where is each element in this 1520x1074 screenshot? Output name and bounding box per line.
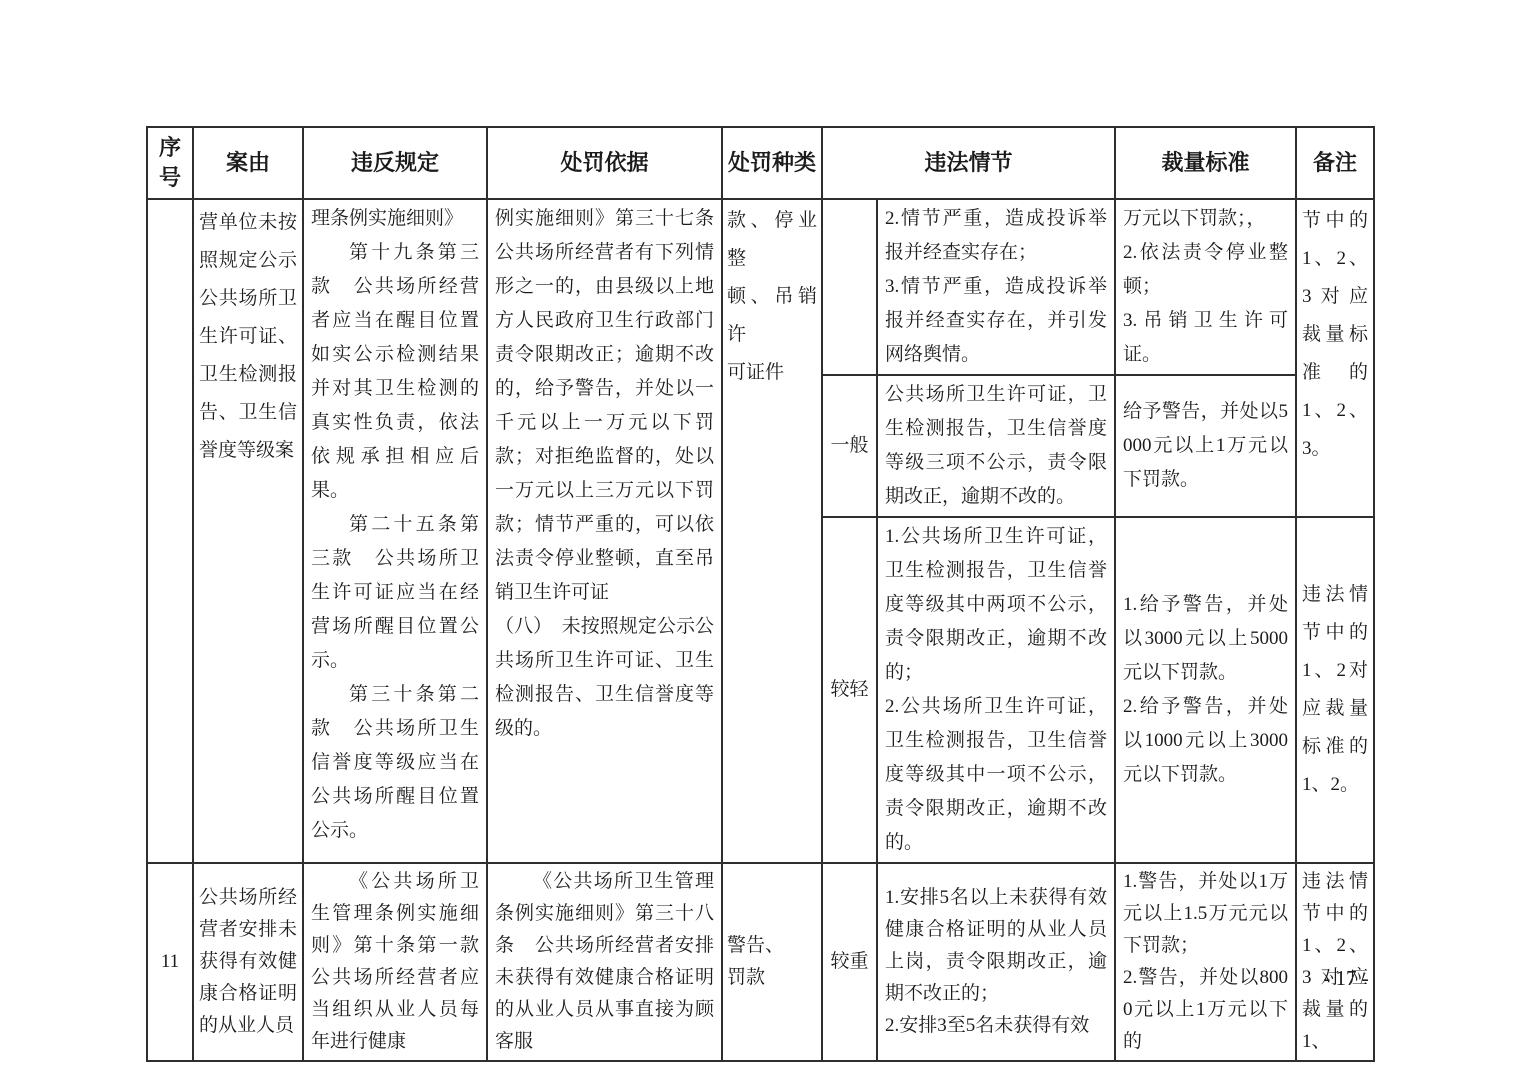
violation-paragraph: 理条例实施细则》 bbox=[311, 202, 479, 236]
basis-paragraph: 《公共场所卫生管理条例实施细则》第三十八条 公共场所经营者安排未获得有效健康合格… bbox=[495, 866, 714, 1058]
violation-paragraph: 《公共场所卫生管理条例实施细则》第十条第一款 公共场所经营者应当组织从业人员每年… bbox=[311, 866, 479, 1058]
cell-cause-carryover: 营单位未按照规定公示公共场所卫生许可证、卫生检测报告、卫生信誉度等级案 bbox=[193, 199, 303, 863]
penalty-discretion-table: 序号 案由 违反规定 处罚依据 处罚种类 违法情节 裁量标准 备注 营单位未按照… bbox=[146, 126, 1375, 1062]
cell-violation-11: 《公共场所卫生管理条例实施细则》第十条第一款 公共场所经营者应当组织从业人员每年… bbox=[303, 863, 487, 1061]
cell-remark-11: 违法情节中的1、2、3对应裁量的1、 bbox=[1296, 863, 1374, 1061]
cell-circumstances-sub2: 1.公共场所卫生许可证，卫生检测报告，卫生信誉度等级其中两项不公示，责令限期改正… bbox=[877, 517, 1115, 863]
cell-circumstances-sub1: 公共场所卫生许可证，卫生检测报告，卫生信誉度等级三项不公示，责令限期改正，逾期不… bbox=[877, 375, 1115, 517]
cell-severity-11: 较重 bbox=[822, 863, 877, 1061]
header-violated-provision: 违反规定 bbox=[303, 127, 487, 199]
cell-violation-carryover: 理条例实施细则》 第十九条第三款 公共场所经营者应当在醒目位置如实公示检测结果并… bbox=[303, 199, 487, 863]
cell-basis-11: 《公共场所卫生管理条例实施细则》第三十八条 公共场所经营者安排未获得有效健康合格… bbox=[487, 863, 722, 1061]
cell-severity-sub0 bbox=[822, 199, 877, 375]
table-header-row: 序号 案由 违反规定 处罚依据 处罚种类 违法情节 裁量标准 备注 bbox=[147, 127, 1374, 199]
header-penalty-basis: 处罚依据 bbox=[487, 127, 722, 199]
violation-paragraph: 第三十条第二款 公共场所卫生信誉度等级应当在公共场所醒目位置公示。 bbox=[311, 678, 479, 848]
row-11: 11 公共场所经营者安排未获得有效健康合格证明的从业人员 《公共场所卫生管理条例… bbox=[147, 863, 1374, 1061]
cell-circumstances-11: 1.安排5名以上未获得有效健康合格证明的从业人员上岗，责令限期改正，逾期不改正的… bbox=[877, 863, 1115, 1061]
header-penalty-type: 处罚种类 bbox=[722, 127, 822, 199]
header-remarks: 备注 bbox=[1296, 127, 1374, 199]
header-serial: 序号 bbox=[147, 127, 193, 199]
basis-paragraph: 例实施细则》第三十七条 公共场所经营者有下列情形之一的，由县级以上地方人民政府卫… bbox=[495, 202, 714, 610]
violation-paragraph: 第二十五条第三款 公共场所卫生许可证应当在经营场所醒目位置公示。 bbox=[311, 508, 479, 678]
document-page: 序号 案由 违反规定 处罚依据 处罚种类 违法情节 裁量标准 备注 营单位未按照… bbox=[0, 0, 1520, 1074]
cell-remark-top: 节中的1、2、3对应裁量标准的1、2、3。 bbox=[1296, 199, 1374, 517]
cell-severity-sub1: 一般 bbox=[822, 375, 877, 517]
cell-cause-11: 公共场所经营者安排未获得有效健康合格证明的从业人员 bbox=[193, 863, 303, 1061]
violation-paragraph: 第十九条第三款 公共场所经营者应当在醒目位置如实公示检测结果并对其卫生检测的真实… bbox=[311, 236, 479, 508]
basis-paragraph: （八） 未按照规定公示公共场所卫生许可证、卫生检测报告、卫生信誉度等级的。 bbox=[495, 610, 714, 746]
cell-penalty-type-11: 警告、 罚款 bbox=[722, 863, 822, 1061]
cell-circumstances-sub0: 2.情节严重，造成投诉举报并经查实存在； 3.情节严重，造成投诉举报并经查实存在… bbox=[877, 199, 1115, 375]
header-cause: 案由 bbox=[193, 127, 303, 199]
cell-penalty-type-carryover: 款、停业整 顿、吊销许 可证件 bbox=[722, 199, 822, 863]
cell-standard-11: 1.警告，并处以1万元以上1.5万元元以下罚款； 2.警告，并处以8000元以上… bbox=[1115, 863, 1296, 1061]
cell-standard-sub0: 万元以下罚款；， 2.依法责令停业整顿； 3.吊销卫生许可证。 bbox=[1115, 199, 1296, 375]
cell-standard-sub1: 给予警告，并处以5000元以上1万元以下罚款。 bbox=[1115, 375, 1296, 517]
cell-serial-carryover bbox=[147, 199, 193, 863]
carryover-row-part-1: 营单位未按照规定公示公共场所卫生许可证、卫生检测报告、卫生信誉度等级案 理条例实… bbox=[147, 199, 1374, 375]
header-discretion-standard: 裁量标准 bbox=[1115, 127, 1296, 199]
cell-serial-11: 11 bbox=[147, 863, 193, 1061]
page-number: - 17 - bbox=[1300, 966, 1392, 991]
cell-standard-sub2: 1.给予警告，并处以3000元以上5000元以下罚款。 2.给予警告，并处以10… bbox=[1115, 517, 1296, 863]
header-illegal-circumstances: 违法情节 bbox=[822, 127, 1115, 199]
cell-basis-carryover: 例实施细则》第三十七条 公共场所经营者有下列情形之一的，由县级以上地方人民政府卫… bbox=[487, 199, 722, 863]
cell-remark-bottom: 违法情节中的1、2对应裁量标准的1、2。 bbox=[1296, 517, 1374, 863]
cell-severity-sub2: 较轻 bbox=[822, 517, 877, 863]
